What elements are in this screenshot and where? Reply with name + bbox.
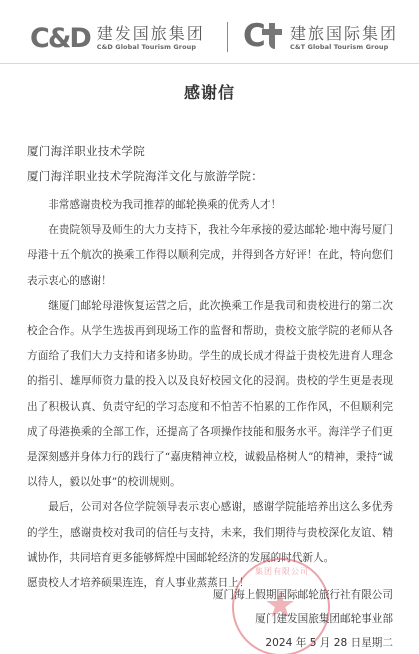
signature-org-2: 厦门建发国旅集团邮轮事业部: [213, 607, 393, 631]
cd-logo-name-en: C&D Global Tourism Group: [97, 43, 205, 52]
header-divider: [0, 63, 419, 64]
ct-logo-name-cn: 建旅国际集团: [290, 25, 398, 43]
ct-logo-name-en: C&T Global Tourism Group: [290, 43, 398, 52]
letter-title: 感谢信: [0, 80, 419, 103]
paragraph-closing: 最后，公司对各位学院领导表示衷心感谢，感谢学院能培养出这么多优秀的学生，感谢贵校…: [27, 495, 393, 571]
letter-body: 非常感谢贵校为我司推荐的邮轮换乘的优秀人才！ 在贵院领导及师生的大力支持下，我社…: [27, 193, 393, 596]
addressee-school: 厦门海洋职业技术学院: [27, 143, 145, 159]
stamp-text: 集团有限公司: [242, 566, 322, 577]
ct-logo-mark-icon: C: [243, 21, 283, 55]
signature-org-1: 厦门海上假期国际邮轮旅行社有限公司: [213, 583, 393, 607]
ct-group-logo: C 建旅国际集团 C&T Global Tourism Group: [243, 20, 398, 56]
letterhead: C&D 建发国旅集团 C&D Global Tourism Group C 建旅…: [0, 0, 419, 66]
paragraph-cooperation: 继厦门邮轮母港恢复运营之后，此次换乘工作是我司和贵校进行的第二次校企合作。从学生…: [27, 294, 393, 496]
paragraph-thanks: 非常感谢贵校为我司推荐的邮轮换乘的优秀人才！: [27, 193, 393, 218]
addressee-college: 厦门海洋职业技术学院海洋文化与旅游学院：: [27, 168, 263, 184]
paragraph-support: 在贵院领导及师生的大力支持下，我社今年承接的爱达邮轮·地中海号厦门母港十五个航次…: [27, 218, 393, 294]
cd-logo-name-cn: 建发国旅集团: [97, 25, 205, 43]
cd-group-logo: C&D 建发国旅集团 C&D Global Tourism Group: [30, 20, 205, 56]
signature-date: 2024 年 5 月 28 日星期二: [213, 631, 393, 654]
signature-block: 厦门海上假期国际邮轮旅行社有限公司 厦门建发国旅集团邮轮事业部 2024 年 5…: [213, 583, 393, 654]
logo-divider: [227, 22, 228, 52]
cd-logo-mark: C&D: [30, 25, 90, 52]
